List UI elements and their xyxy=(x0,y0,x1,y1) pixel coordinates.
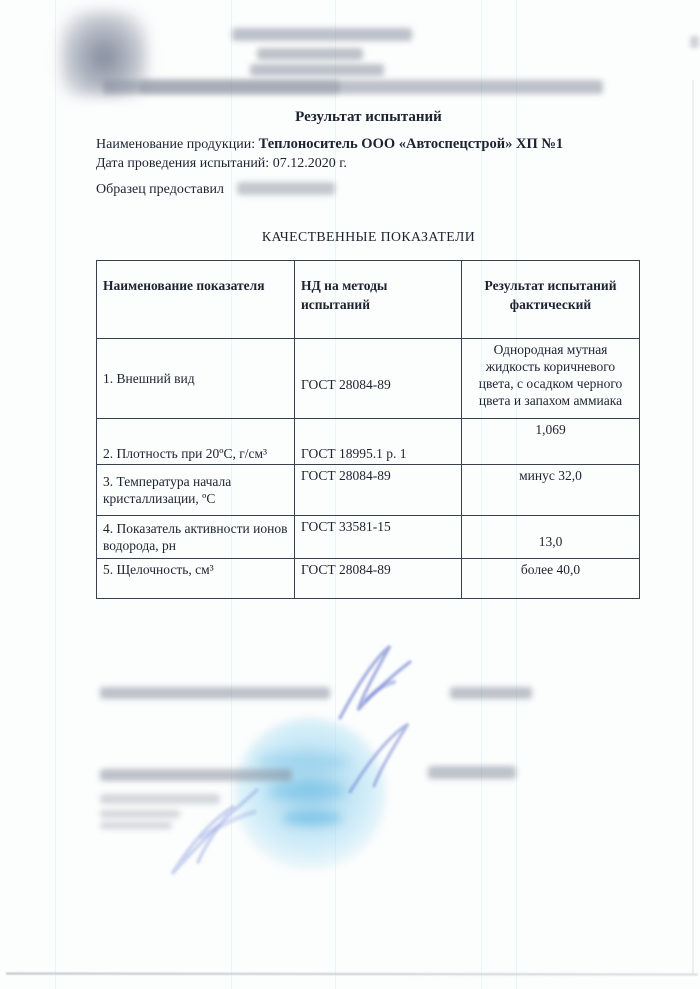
letterhead-line-redacted xyxy=(232,28,412,41)
header-indicator: Наименование показателя xyxy=(97,261,295,339)
handwritten-signature xyxy=(342,720,432,800)
letterhead-line-redacted xyxy=(257,48,363,60)
signatory-title-redacted xyxy=(100,687,330,699)
table-row: 5. Щелочность, см³ ГОСТ 28084-89 более 4… xyxy=(97,559,640,599)
cell-method: ГОСТ 33581-15 xyxy=(295,516,462,559)
product-name-value: Теплоноситель ООО «Автоспецстрой» ХП №1 xyxy=(259,136,564,152)
signatory-title-redacted xyxy=(100,769,292,781)
document-title: Результат испытаний xyxy=(96,109,641,126)
cell-result: Однородная мутная жидкость коричневого ц… xyxy=(462,339,640,419)
cell-indicator: 1. Внешний вид xyxy=(97,339,295,419)
header-result: Результат испытаний фактический xyxy=(462,261,640,339)
cell-indicator: 4. Показатель активности ионов водорода,… xyxy=(97,516,295,559)
table-row: 4. Показатель активности ионов водорода,… xyxy=(97,516,640,559)
letterhead-line-redacted xyxy=(140,80,340,94)
table-row: 2. Плотность при 20ºС, г/см³ ГОСТ 18995.… xyxy=(97,419,640,465)
sample-provided-label: Образец предоставил xyxy=(96,182,224,197)
handwritten-signature xyxy=(328,640,428,725)
header-method: НД на методы испытаний xyxy=(295,261,462,339)
cell-result: более 40,0 xyxy=(462,559,640,599)
table-row: 1. Внешний вид ГОСТ 28084-89 Однородная … xyxy=(97,339,640,419)
cell-indicator: 5. Щелочность, см³ xyxy=(97,559,295,599)
cell-result: минус 32,0 xyxy=(462,465,640,516)
product-name-line: Наименование продукции: Теплоноситель ОО… xyxy=(96,136,563,153)
page-right-edge-shadow xyxy=(692,80,694,975)
letterhead-line-redacted xyxy=(250,64,384,76)
sample-provider-name-redacted xyxy=(237,182,335,195)
scanned-document-page: Результат испытаний Наименование продукц… xyxy=(0,0,700,989)
cell-indicator: 3. Температура начала кристаллизации, ºС xyxy=(97,465,295,516)
sample-provided-line: Образец предоставил xyxy=(96,182,335,198)
page-bottom-edge xyxy=(6,973,698,976)
cell-result: 13,0 xyxy=(462,516,640,559)
quality-indicators-table: Наименование показателя НД на методы исп… xyxy=(96,260,640,599)
cell-method: ГОСТ 28084-89 xyxy=(295,559,462,599)
cell-method: ГОСТ 28084-89 xyxy=(295,339,462,419)
scan-streak xyxy=(55,0,56,989)
cell-method: ГОСТ 28084-89 xyxy=(295,465,462,516)
table-header-row: Наименование показателя НД на методы исп… xyxy=(97,261,640,339)
cell-result: 1,069 xyxy=(462,419,640,465)
cell-method: ГОСТ 18995.1 р. 1 xyxy=(295,419,462,465)
table-row: 3. Температура начала кристаллизации, ºС… xyxy=(97,465,640,516)
handwritten-signature xyxy=(142,782,292,882)
product-name-label: Наименование продукции: xyxy=(96,137,255,152)
signatory-name-redacted xyxy=(450,687,532,699)
signatory-name-redacted xyxy=(428,766,516,779)
test-date-line: Дата проведения испытаний: 07.12.2020 г. xyxy=(96,156,347,172)
cell-indicator: 2. Плотность при 20ºС, г/см³ xyxy=(97,419,295,465)
section-heading: КАЧЕСТВЕННЫЕ ПОКАЗАТЕЛИ xyxy=(96,229,641,245)
scan-speck xyxy=(690,36,699,48)
